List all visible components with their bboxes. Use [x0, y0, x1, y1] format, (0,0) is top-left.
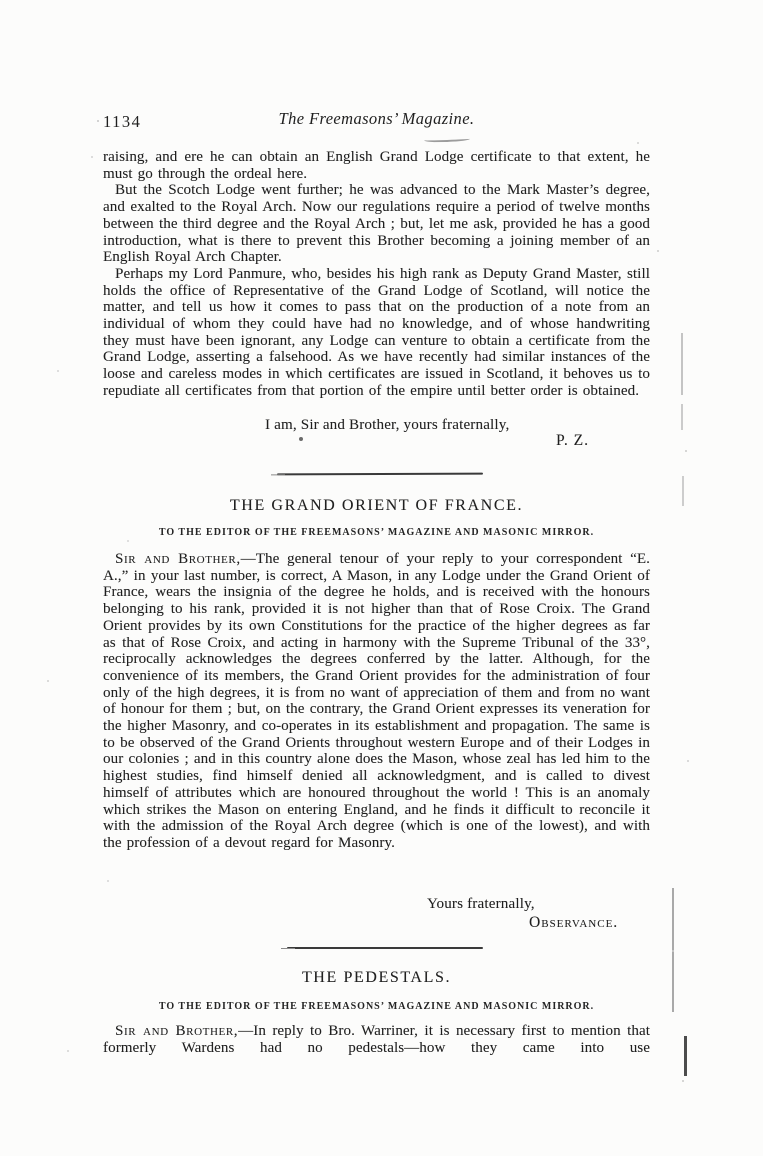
letter2-body: Sir and Brother,—The general tenour of y…: [103, 551, 650, 852]
scan-artifact-underline: [424, 136, 470, 143]
editor-salutation: TO THE EDITOR OF THE FREEMASONS’ MAGAZIN…: [103, 527, 650, 538]
journal-title: The Freemasons’ Magazine.: [103, 109, 650, 129]
section-divider: [287, 947, 483, 949]
scan-artifact: [684, 1036, 687, 1076]
section-heading-pedestals: THE PEDESTALS.: [103, 969, 650, 987]
scan-artifact: [681, 333, 683, 395]
scan-artifact: [299, 437, 303, 441]
letter-opener: Sir and Brother,: [115, 551, 241, 567]
letter-opener: Sir and Brother,: [115, 1023, 238, 1039]
scan-artifact: [681, 404, 683, 430]
paragraph: But the Scotch Lodge went further; he wa…: [103, 182, 650, 266]
letter-text: —The general tenour of your reply to you…: [103, 551, 650, 851]
scanned-page: 1134 The Freemasons’ Magazine. raising, …: [0, 0, 763, 1156]
paragraph: raising, and ere he can obtain an Englis…: [103, 149, 650, 182]
section-divider: [277, 473, 483, 476]
section-heading-grand-orient: THE GRAND ORIENT OF FRANCE.: [103, 497, 650, 515]
editor-salutation: TO THE EDITOR OF THE FREEMASONS’ MAGAZIN…: [103, 1001, 650, 1012]
paragraph: Perhaps my Lord Panmure, who, besides hi…: [103, 266, 650, 400]
letter2-signature: Observance.: [529, 914, 618, 932]
letter1-valediction: I am, Sir and Brother, yours fraternally…: [265, 417, 509, 434]
letter1-signature: P. Z.: [556, 432, 589, 450]
letter2-valediction: Yours fraternally,: [427, 896, 535, 913]
scan-artifact: [672, 888, 674, 1012]
scan-artifact: [682, 476, 684, 506]
scan-noise: [97, 120, 99, 122]
paragraph: Sir and Brother,—The general tenour of y…: [103, 551, 650, 852]
paragraph: Sir and Brother,—In reply to Bro. Warrin…: [103, 1023, 650, 1056]
letter3-body: Sir and Brother,—In reply to Bro. Warrin…: [103, 1023, 650, 1056]
letter1-body: raising, and ere he can obtain an Englis…: [103, 149, 650, 400]
